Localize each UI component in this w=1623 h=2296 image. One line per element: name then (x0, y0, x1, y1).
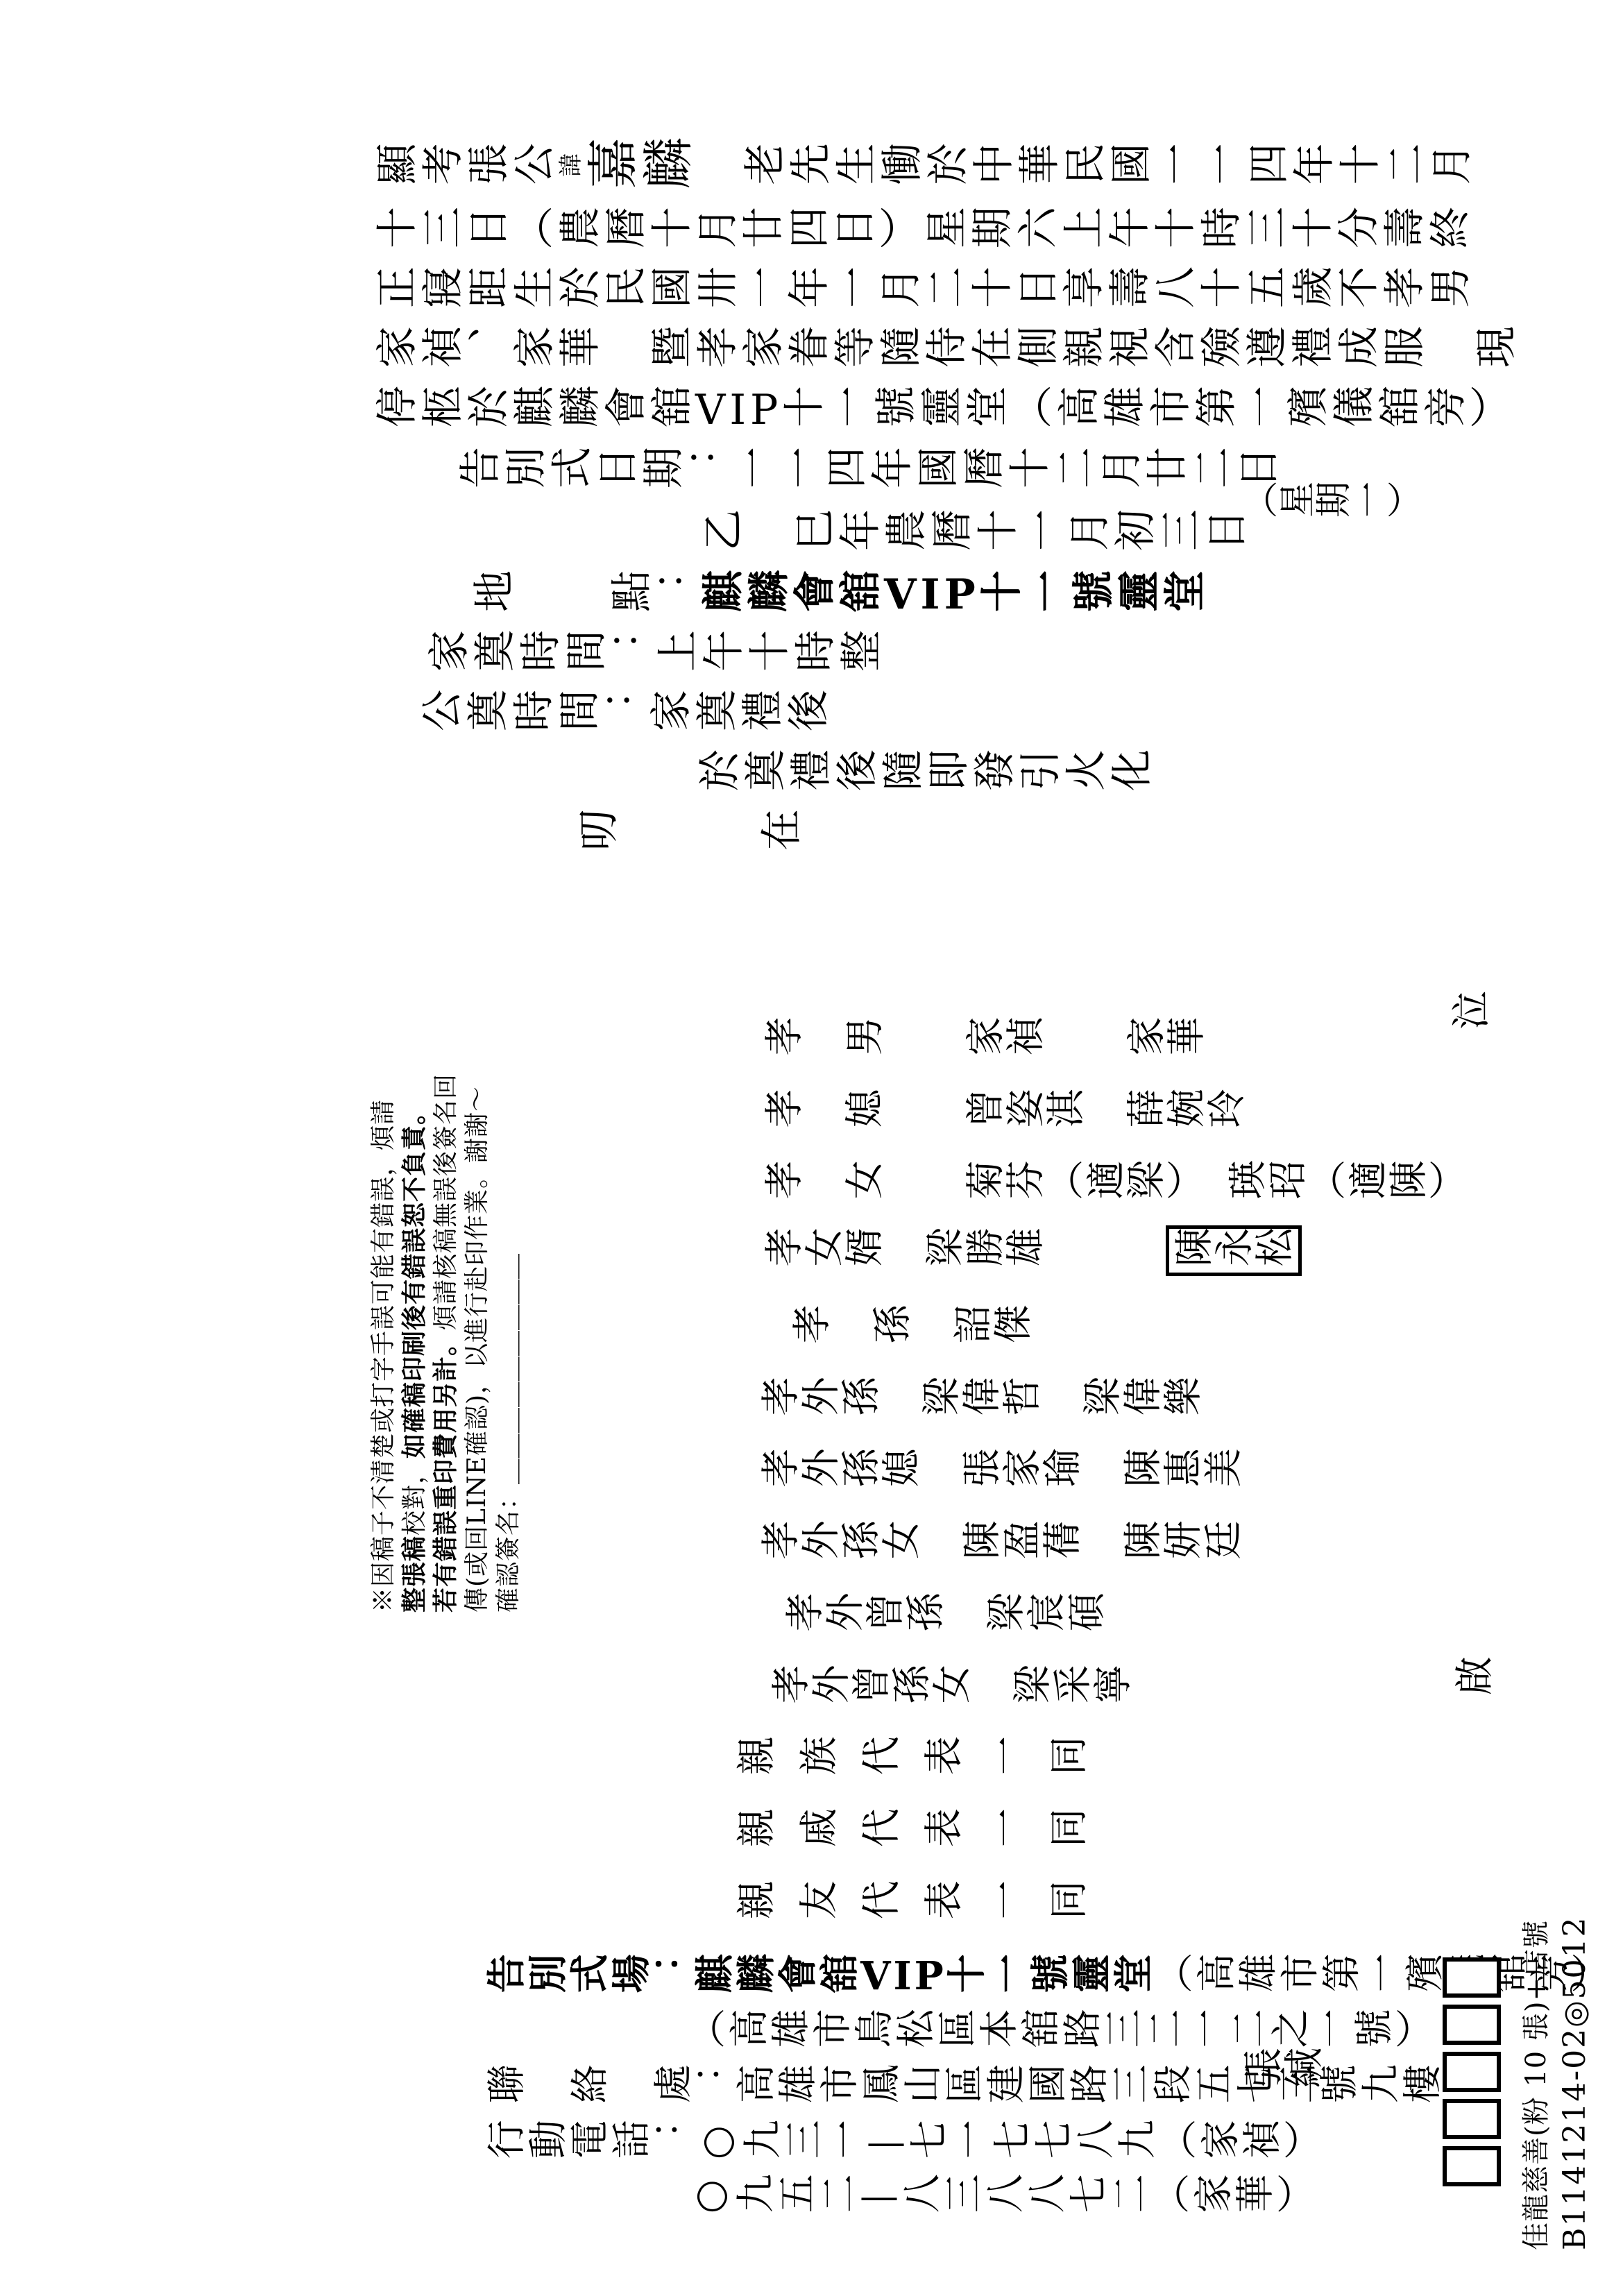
farewell-date-weekday: （星期一） (1242, 484, 1422, 522)
obituary-line-5: 停柩於麒麟會舘VIP十一號靈堂（高雄市第一殯儀舘旁） (375, 389, 1515, 432)
disclaimer-line-2-normal: 校對， (400, 1459, 429, 1536)
sons-in-law-names: 孝女婿 梁勝雄 (763, 1227, 1166, 1273)
farewell-date-label: 告別式日期： (458, 447, 733, 495)
proof-disclaimer: ※因稿子不清楚或打字手誤可能有錯誤，煩請 整張稿校對，如確稿印刷後有錯誤恕不負責… (368, 995, 524, 1613)
family-column-sons: 孝 男 家禎 家華 (763, 1019, 1206, 1060)
print-checkbox-1 (1443, 2146, 1501, 2186)
disclaimer-line-2-bold-b: 如確稿印刷後有錯誤恕不負責。 (400, 1099, 429, 1459)
closing-phrase: 叨 在 (576, 812, 805, 856)
farewell-venue-name: 麒麟會舘VIP十一號靈堂 (694, 1953, 1155, 1999)
signature-line: 確認簽名：＿＿＿＿＿＿＿＿＿ (493, 995, 524, 1613)
print-job-code: B1141214-02◎5012 (1557, 1916, 1592, 2250)
public-rite-column: 公奠時間：家奠禮後 (420, 692, 832, 736)
family-column-grandson: 孝 孫 詔傑 (791, 1307, 1033, 1348)
venue-address: （高雄市鳥松區本舘路三二一二之一號） (687, 2012, 1436, 2052)
venue-column: 地 點：麒麟會舘VIP十一號靈堂 (472, 573, 1209, 617)
rotated-document: 顯考張公諱嘉麟 老先生慟於中華民國一一四年十二月 十三日（農曆十月廿四日）星期六… (0, 0, 1623, 2296)
procession-note: 於奠禮後隨即發引火化 (697, 752, 1155, 796)
family-column-clan-representatives: 親族代表一同 (736, 1739, 1110, 1780)
mobile-number-1: ○九三一—七一七七八九（家禎） (694, 2120, 1325, 2165)
family-column-relative-representatives: 親戚代表一同 (736, 1811, 1110, 1852)
mobile-label: 行動電話： (486, 2120, 694, 2165)
signature-label: 確認簽名： (494, 1484, 522, 1613)
print-checkbox-5 (1443, 1957, 1501, 1998)
print-product-line: 佳龍慈善(粉 10 張)+店號 (1514, 1920, 1554, 2250)
family-rite-label: 家奠時間： (427, 630, 656, 679)
obituary-line-1: 顯考張公諱嘉麟 老先生慟於中華民國一一四年十二月 (375, 141, 1475, 195)
family-column-friend-representatives: 親友代表一同 (736, 1883, 1110, 1924)
farewell-date-lunar: 乙 巳年農曆十一月初三日 (701, 512, 1250, 556)
signature-blank: ＿＿＿＿＿＿＿＿＿ (494, 1253, 522, 1484)
disclaimer-line-2: 整張稿校對，如確稿印刷後有錯誤恕不負責。 (399, 995, 430, 1613)
deceased-title-prefix: 顯考張公 (375, 143, 558, 192)
farewell-date-gregorian: 一一四年國曆十二月廿二日 (733, 447, 1282, 495)
family-rite-column: 家奠時間：上午十時整 (427, 633, 885, 677)
obituary-line-1-suffix: 老先生慟於中華民國一一四年十二月 (697, 143, 1475, 192)
public-rite-label: 公奠時間： (420, 690, 649, 738)
obituary-line-3: 正寢距生於民國卅一年一月二十日享壽八十五歲不孝男 (375, 269, 1474, 313)
disclaimer-line-2-bold-a: 整張稿 (400, 1536, 429, 1613)
venue-label: 地 點： (472, 570, 701, 619)
disclaimer-line-1: ※因稿子不清楚或打字手誤可能有錯誤，煩請 (368, 995, 399, 1613)
obituary-scan-page: 顯考張公諱嘉麟 老先生慟於中華民國一一四年十二月 十三日（農曆十月廿四日）星期六… (0, 0, 1623, 2296)
farewell-date-column: 告別式日期：一一四年國曆十二月廿二日 (458, 450, 1282, 493)
obituary-line-2: 十三日（農曆十月廿四日）星期六上午十時三十分壽終 (375, 210, 1474, 253)
family-column-maternal-granddaughters: 孝外孫女 陳盈蒨 陳妍廷 (760, 1523, 1243, 1564)
announce-char: 啟 (1454, 1651, 1493, 1707)
deceased-name: 嘉麟 (586, 137, 697, 197)
public-rite-value: 家奠禮後 (649, 690, 832, 738)
contact-value: 高雄市鳳山區建國路三段五七三號九樓 (736, 2064, 1443, 2109)
print-checkbox-2 (1443, 2099, 1501, 2139)
disclaimer-line-4: 傳(或回LINE確認)，以進行赴印作業。謝謝～ (461, 995, 493, 1613)
weeping-char: 泣 (1450, 986, 1489, 1041)
farewell-venue-label: 告別式場： (486, 1953, 694, 1999)
sender-seal: 張緘 (1242, 2042, 1323, 2100)
contact-label: 聯 絡 處： (486, 2064, 736, 2109)
family-column-daughters-in-law: 孝 媳 曾姿淇 薛婉玲 (763, 1091, 1246, 1132)
taboo-marker: 諱 (558, 153, 586, 181)
family-column-maternal-great-grandson: 孝外曾孫 梁宸碩 (784, 1595, 1106, 1636)
venue-name: 麒麟會舘VIP十一號靈堂 (701, 570, 1209, 619)
print-checkbox-3 (1443, 2052, 1501, 2092)
disclaimer-line-3-normal: 煩請核稿無誤後簽名回 (432, 1073, 460, 1330)
obituary-line-4: 家禎、家華 暨孝家眷等隨侍在側親視含殮遵禮成服 現 (375, 329, 1520, 373)
family-rite-value: 上午十時整 (656, 630, 885, 679)
family-column-daughters: 孝 女 菊芬（適梁） 瑛玿（適陳） (763, 1163, 1468, 1204)
disclaimer-line-3: 若有錯誤重印費用另計。煩請核稿無誤後簽名回 (430, 995, 461, 1613)
family-column-sons-in-law: 孝女婿 梁勝雄 陳永松 (763, 1225, 1302, 1276)
family-column-maternal-great-granddaughter: 孝外曾孫女 梁采寧 (770, 1667, 1132, 1708)
mobile-column-2: ○九五二—八三八八七二（家華） (687, 2177, 1318, 2218)
family-column-maternal-grandsons-wives: 孝外孫媳 張家瑜 陳惠美 (760, 1451, 1243, 1492)
boxed-name: 陳永松 (1166, 1225, 1302, 1276)
disclaimer-line-3-bold: 若有錯誤重印費用另計。 (431, 1330, 460, 1613)
print-checkbox-4 (1443, 2005, 1501, 2045)
mobile-column-1: 行動電話：○九三一—七一七七八九（家禎） (486, 2123, 1325, 2163)
family-column-maternal-grandsons: 孝外孫 梁偉哲 梁偉樂 (760, 1379, 1203, 1420)
